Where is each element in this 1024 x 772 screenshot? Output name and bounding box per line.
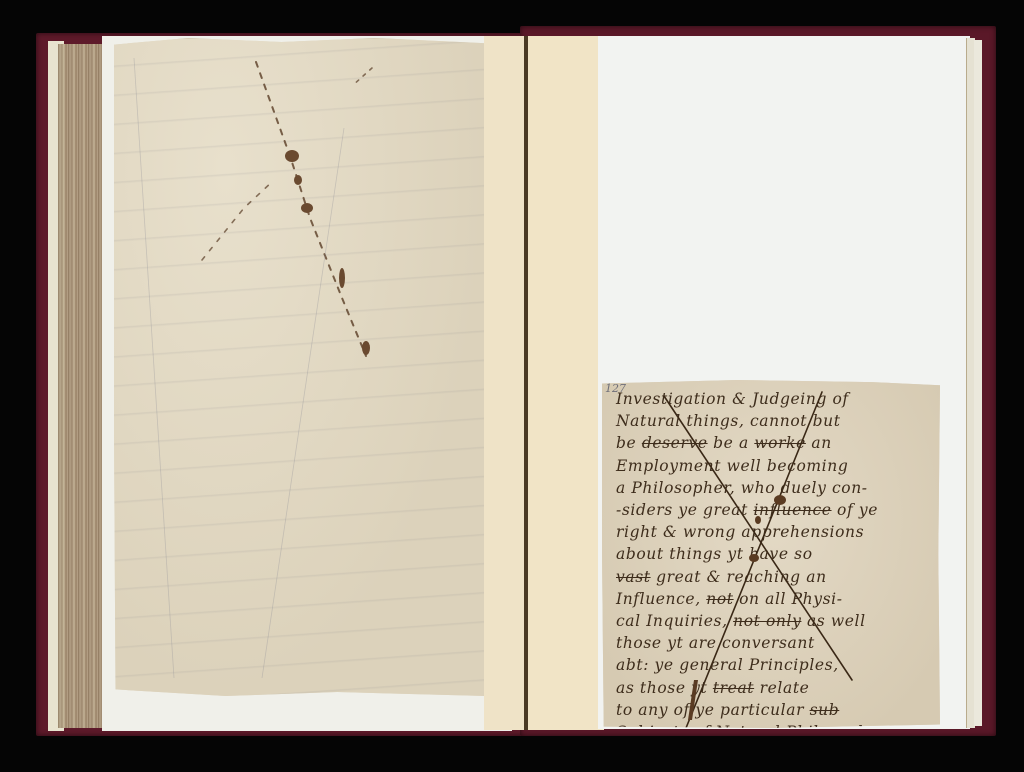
guard-strip-left — [484, 36, 527, 730]
struck-word: not only — [733, 612, 801, 630]
ms-line: a Philosopher, who duely con- — [616, 477, 934, 499]
ms-line: to any of ye particular sub — [616, 699, 934, 721]
ms-line: right & wrong apprehensions — [616, 521, 934, 543]
manuscript-text: Investigation & Judgeing of Natural thin… — [616, 388, 934, 728]
page-edge-right-outer — [974, 40, 982, 726]
struck-word: vast — [616, 568, 651, 586]
struck-word: sub — [810, 701, 840, 719]
struck-word: treat — [713, 679, 754, 697]
ms-line: -siders ye great influence of ye — [616, 499, 934, 521]
ms-line: Influence, not on all Physi- — [616, 588, 934, 610]
struck-word: not — [706, 590, 733, 608]
guard-strip-right — [528, 36, 604, 730]
ms-line: Natural things, cannot but — [616, 410, 934, 432]
ms-line: Investigation & Judgeing of — [616, 388, 934, 410]
ms-line: vast great & reaching an — [616, 566, 934, 588]
ms-line: abt: ye general Principles, — [616, 654, 934, 676]
ms-line: Employment well becoming — [616, 455, 934, 477]
page-block-fore-edge — [58, 44, 104, 728]
struck-word: worke — [754, 434, 806, 452]
struck-word: influence — [754, 501, 832, 519]
ms-line: about things yt have so — [616, 543, 934, 565]
ms-line: those yt are conversant — [616, 632, 934, 654]
ms-line: as those yt treat relate — [616, 677, 934, 699]
manuscript-leaf-verso — [114, 38, 486, 696]
ms-line: be deserve be a worke an — [616, 432, 934, 454]
manuscript-fragment: 127 Investigation & Judgeing of Natural … — [602, 380, 940, 728]
ms-line: cal Inquiries, not only as well — [616, 610, 934, 632]
struck-word: deserve — [642, 434, 708, 452]
